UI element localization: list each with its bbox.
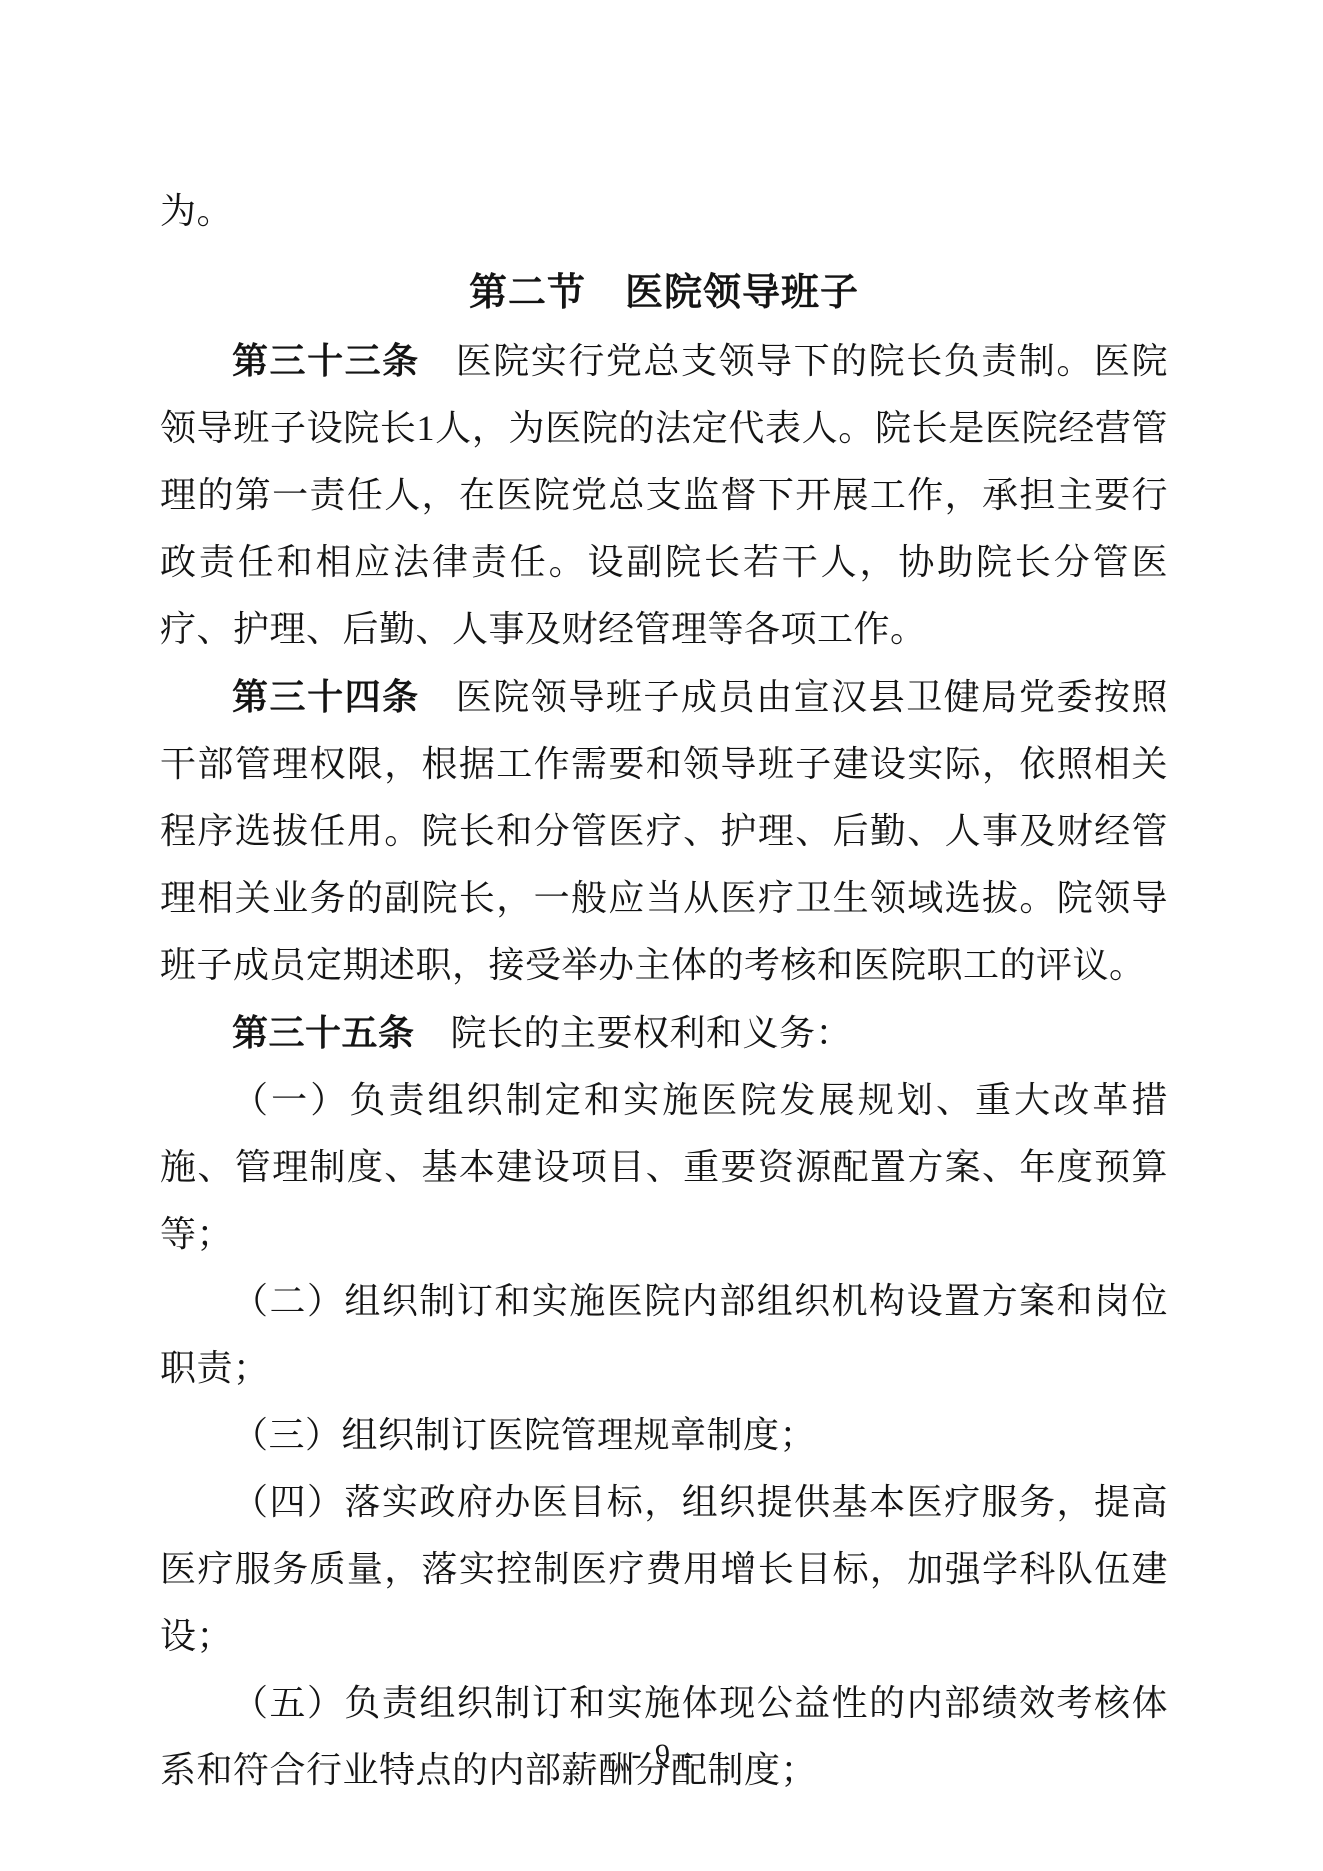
- article-33-text: 医院实行党总支领导下的院长负责制。医院领导班子设院长1人，为医院的法定代表人。院…: [160, 341, 1168, 649]
- continuation-text: 为。: [160, 191, 233, 231]
- section-heading: 第二节 医院领导班子: [160, 260, 1168, 327]
- article-35-text: 院长的主要权利和义务：: [451, 1013, 853, 1053]
- clause-3-text: （三）组织制订医院管理规章制度；: [232, 1415, 816, 1455]
- article-34-text: 医院领导班子成员由宣汉县卫健局党委按照干部管理权限，根据工作需要和领导班子建设实…: [160, 677, 1168, 985]
- article-33-paragraph: 第三十三条医院实行党总支领导下的院长负责制。医院领导班子设院长1人，为医院的法定…: [160, 327, 1168, 663]
- paragraph-continuation: 为。: [160, 178, 1168, 245]
- clause-1-paragraph: （一）负责组织制定和实施医院发展规划、重大改革措施、管理制度、基本建设项目、重要…: [160, 1067, 1168, 1268]
- clause-2-text: （二）组织制订和实施医院内部组织机构设置方案和岗位职责；: [160, 1281, 1168, 1388]
- article-34-number: 第三十四条: [232, 676, 420, 717]
- clause-5-text: （五）负责组织制订和实施体现公益性的内部绩效考核体系和符合行业特点的内部薪酬分配…: [160, 1683, 1168, 1790]
- clause-4-paragraph: （四）落实政府办医目标，组织提供基本医疗服务，提高医疗服务质量，落实控制医疗费用…: [160, 1469, 1168, 1670]
- page-number: - 9 -: [160, 1738, 1168, 1772]
- page-content: 为。 第二节 医院领导班子 第三十三条医院实行党总支领导下的院长负责制。医院领导…: [160, 178, 1168, 1804]
- article-35-paragraph: 第三十五条院长的主要权利和义务：: [160, 999, 1168, 1067]
- article-35-number: 第三十五条: [232, 1012, 415, 1053]
- clause-4-text: （四）落实政府办医目标，组织提供基本医疗服务，提高医疗服务质量，落实控制医疗费用…: [160, 1482, 1168, 1656]
- clause-1-text: （一）负责组织制定和实施医院发展规划、重大改革措施、管理制度、基本建设项目、重要…: [160, 1080, 1168, 1254]
- document-page: 为。 第二节 医院领导班子 第三十三条医院实行党总支领导下的院长负责制。医院领导…: [0, 0, 1323, 1871]
- clause-5-paragraph: （五）负责组织制订和实施体现公益性的内部绩效考核体系和符合行业特点的内部薪酬分配…: [160, 1670, 1168, 1804]
- clause-3-paragraph: （三）组织制订医院管理规章制度；: [160, 1402, 1168, 1469]
- article-34-paragraph: 第三十四条医院领导班子成员由宣汉县卫健局党委按照干部管理权限，根据工作需要和领导…: [160, 663, 1168, 999]
- clause-2-paragraph: （二）组织制订和实施医院内部组织机构设置方案和岗位职责；: [160, 1268, 1168, 1402]
- article-33-number: 第三十三条: [232, 340, 420, 381]
